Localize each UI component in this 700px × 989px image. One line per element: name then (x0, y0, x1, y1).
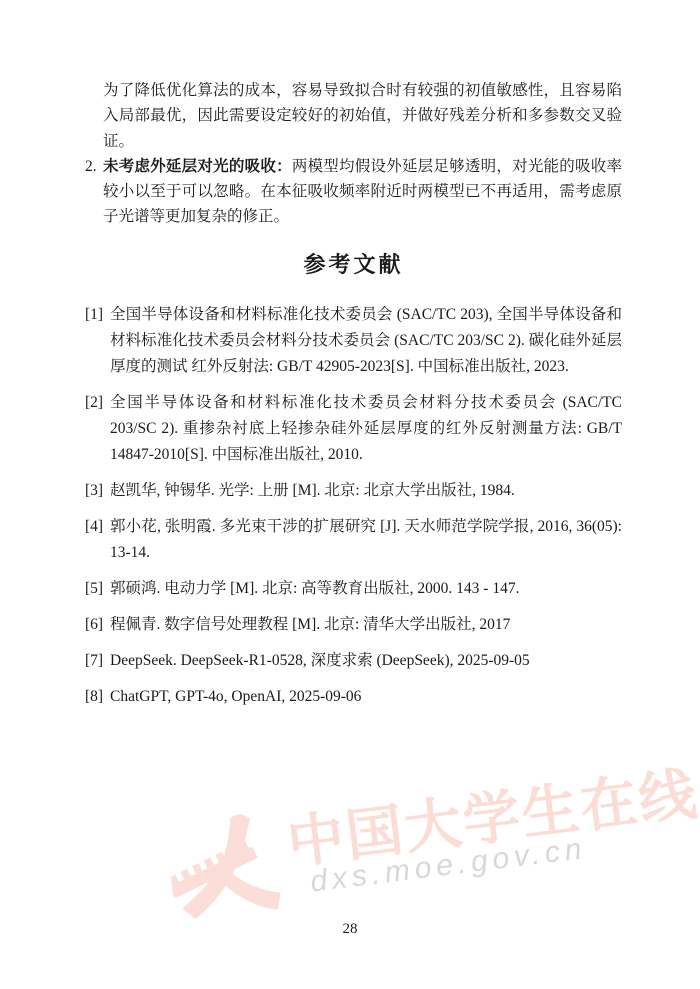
great-wall-logo-icon (161, 786, 295, 925)
reference-text: ChatGPT, GPT-4o, OpenAI, 2025-09-06 (110, 684, 622, 710)
reference-label: [6] (85, 612, 110, 638)
reference-label: [1] (85, 302, 110, 380)
reference-label: [8] (85, 684, 110, 710)
reference-label: [3] (85, 478, 110, 504)
item-text: 未考虑外延层对光的吸收：两模型均假设外延层足够透明，对光能的吸收率较小以至于可以… (103, 154, 622, 230)
watermark-url: dxs.moe.gov.cn (309, 819, 700, 899)
reference-text: 程佩青. 数字信号处理教程 [M]. 北京: 清华大学出版社, 2017 (110, 612, 622, 638)
reference-item-4: [4] 郭小花, 张明霞. 多光束干涉的扩展研究 [J]. 天水师范学院学报, … (85, 514, 622, 566)
watermark-text-block: 中国大学生在线 dxs.moe.gov.cn (284, 765, 700, 901)
references-heading: 参考文献 (85, 252, 622, 277)
reference-item-1: [1] 全国半导体设备和材料标准化技术委员会 (SAC/TC 203), 全国半… (85, 302, 622, 380)
watermark: 中国大学生在线 dxs.moe.gov.cn (165, 765, 700, 924)
page-content: 为了降低优化算法的成本，容易导致拟合时有较强的初值敏感性，且容易陷入局部最优，因… (85, 78, 622, 720)
page-number: 28 (0, 921, 700, 938)
reference-item-6: [6] 程佩青. 数字信号处理教程 [M]. 北京: 清华大学出版社, 2017 (85, 612, 622, 638)
reference-item-8: [8] ChatGPT, GPT-4o, OpenAI, 2025-09-06 (85, 684, 622, 710)
reference-item-2: [2] 全国半导体设备和材料标准化技术委员会材料分技术委员会 (SAC/TC 2… (85, 390, 622, 468)
reference-text: 全国半导体设备和材料标准化技术委员会 (SAC/TC 203), 全国半导体设备… (110, 302, 622, 380)
document-page: 中国大学生在线 dxs.moe.gov.cn 为了降低优化算法的成本，容易导致拟… (0, 0, 700, 989)
paragraph-continuation: 为了降低优化算法的成本，容易导致拟合时有较强的初值敏感性，且容易陷入局部最优，因… (103, 78, 622, 154)
item-number: 2. (85, 154, 103, 230)
reference-text: 全国半导体设备和材料标准化技术委员会材料分技术委员会 (SAC/TC 203/S… (110, 390, 622, 468)
watermark-text: 中国大学生在线 (284, 765, 700, 873)
reference-label: [4] (85, 514, 110, 566)
reference-text: 郭硕鸿. 电动力学 [M]. 北京: 高等教育出版社, 2000. 143 - … (110, 576, 622, 602)
reference-label: [5] (85, 576, 110, 602)
numbered-item-2: 2. 未考虑外延层对光的吸收：两模型均假设外延层足够透明，对光能的吸收率较小以至… (85, 154, 622, 230)
reference-label: [7] (85, 648, 110, 674)
reference-item-5: [5] 郭硕鸿. 电动力学 [M]. 北京: 高等教育出版社, 2000. 14… (85, 576, 622, 602)
reference-item-7: [7] DeepSeek. DeepSeek-R1-0528, 深度求索 (De… (85, 648, 622, 674)
reference-text: 赵凯华, 钟锡华. 光学: 上册 [M]. 北京: 北京大学出版社, 1984. (110, 478, 622, 504)
reference-text: DeepSeek. DeepSeek-R1-0528, 深度求索 (DeepSe… (110, 648, 622, 674)
reference-list: [1] 全国半导体设备和材料标准化技术委员会 (SAC/TC 203), 全国半… (85, 302, 622, 710)
reference-text: 郭小花, 张明霞. 多光束干涉的扩展研究 [J]. 天水师范学院学报, 2016… (110, 514, 622, 566)
item-lead-bold: 未考虑外延层对光的吸收： (103, 158, 292, 175)
reference-item-3: [3] 赵凯华, 钟锡华. 光学: 上册 [M]. 北京: 北京大学出版社, 1… (85, 478, 622, 504)
reference-label: [2] (85, 390, 110, 468)
